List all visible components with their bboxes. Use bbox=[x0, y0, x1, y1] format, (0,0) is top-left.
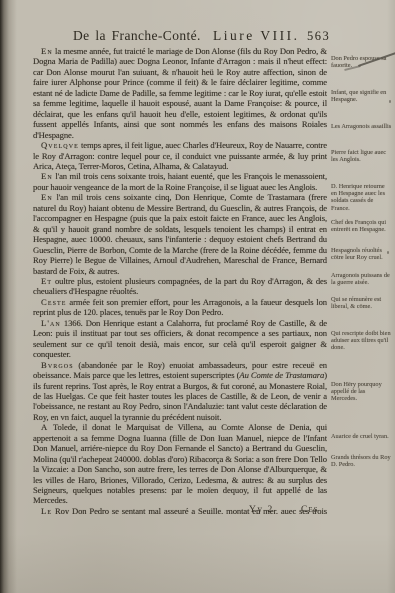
paragraph: Qvelqve temps apres, il feit ligue, auec… bbox=[33, 140, 327, 171]
paragraph-text: l'an mil trois cens soixante trois, haia… bbox=[33, 171, 327, 191]
catchword: Ces bbox=[301, 505, 319, 515]
body-text-column: En la mesme année, fut traicté le mariag… bbox=[33, 46, 327, 514]
paragraph-lead: Qvelqve bbox=[41, 140, 79, 150]
book-page: De la Franche-Conté. Liure VIII. 563 En … bbox=[0, 0, 395, 593]
paragraph: Et oultre plus, estoient plusieurs compa… bbox=[33, 276, 327, 297]
margin-note: Arragonois puissans de la guerre aisée. bbox=[331, 272, 392, 286]
margin-note: Les Arragonois assaillis bbox=[331, 123, 392, 130]
paragraph-text: Tolede, il donat le Marquisat de Villena… bbox=[33, 422, 327, 505]
margin-note: Qui se rémunère est liberal, & cōme. bbox=[331, 296, 392, 310]
paragraph: L'an 1366. Don Henrique estant a Calahor… bbox=[33, 318, 327, 360]
paragraph-text: armée feit son premier effort, pour les … bbox=[33, 297, 327, 317]
paragraph-lead: En bbox=[41, 46, 53, 56]
paragraph: En l'an mil trois cens soixante trois, h… bbox=[33, 171, 327, 192]
running-title: De la Franche-Conté. bbox=[73, 28, 201, 44]
paragraph-lead: Le bbox=[41, 506, 52, 514]
paragraph-lead: En bbox=[41, 171, 53, 181]
signature-mark: Yy 2 bbox=[249, 505, 274, 515]
page-number: 563 bbox=[307, 29, 330, 44]
paragraph-italic-text: Au Comte de Trastamara bbox=[239, 370, 324, 380]
paragraph-lead: Et bbox=[41, 276, 52, 286]
paragraph: En l'an mil trois cens soixante cinq, Do… bbox=[33, 192, 327, 276]
paragraph: Ceste armée feit son premier effort, pou… bbox=[33, 297, 327, 318]
ink-speck bbox=[387, 251, 389, 254]
paragraph-text: la mesme année, fut traicté le mariage d… bbox=[33, 46, 327, 140]
margin-note: Don Hēry pourquoy appellé de las Mercede… bbox=[331, 381, 392, 403]
margin-note: Grands thrésors du Roy D. Pedro. bbox=[331, 454, 392, 468]
margin-note: Hespagnols réuoltés cōtre leur Roy cruel… bbox=[331, 247, 392, 261]
ink-speck bbox=[389, 100, 391, 103]
paragraph-text: oultre plus, estoient plusieurs compagné… bbox=[33, 276, 327, 296]
paragraph-lead: Ceste bbox=[41, 297, 67, 307]
paragraph-text: Roy Don Pedro se sentant mal asseuré a S… bbox=[33, 506, 327, 514]
margin-note: Auarice de cruel tyran. bbox=[331, 433, 392, 440]
paragraph: Le Roy Don Pedro se sentant mal asseuré … bbox=[33, 506, 327, 514]
paragraph-lead: Bvrgos bbox=[41, 360, 74, 370]
margin-note: Chef des François qui entrerēt en Hespag… bbox=[331, 219, 392, 233]
margin-note: Qui rescripte doibt bien aduiser aux til… bbox=[331, 330, 392, 352]
book-title: Liure VIII. bbox=[213, 28, 299, 44]
paragraph-text: l'an mil trois cens soixante cinq, Don H… bbox=[33, 192, 327, 275]
margin-note: Infant, que signifie en Hespagne. bbox=[331, 89, 392, 103]
paragraph-lead: En bbox=[41, 192, 53, 202]
margin-note: Pierre faict ligue auec les Anglois. bbox=[331, 149, 392, 163]
paragraph: En la mesme année, fut traicté le mariag… bbox=[33, 46, 327, 140]
paragraph: A Tolede, il donat le Marquisat de Ville… bbox=[33, 422, 327, 506]
paragraph-lead: L'an bbox=[41, 318, 61, 328]
paragraph-text: 1366. Don Henrique estant a Calahorra, f… bbox=[33, 318, 327, 359]
paragraph: Bvrgos (abandonée par le Roy) enuoiat am… bbox=[33, 360, 327, 423]
margin-note: D. Henrique retourne en Hespagne auec le… bbox=[331, 183, 392, 212]
